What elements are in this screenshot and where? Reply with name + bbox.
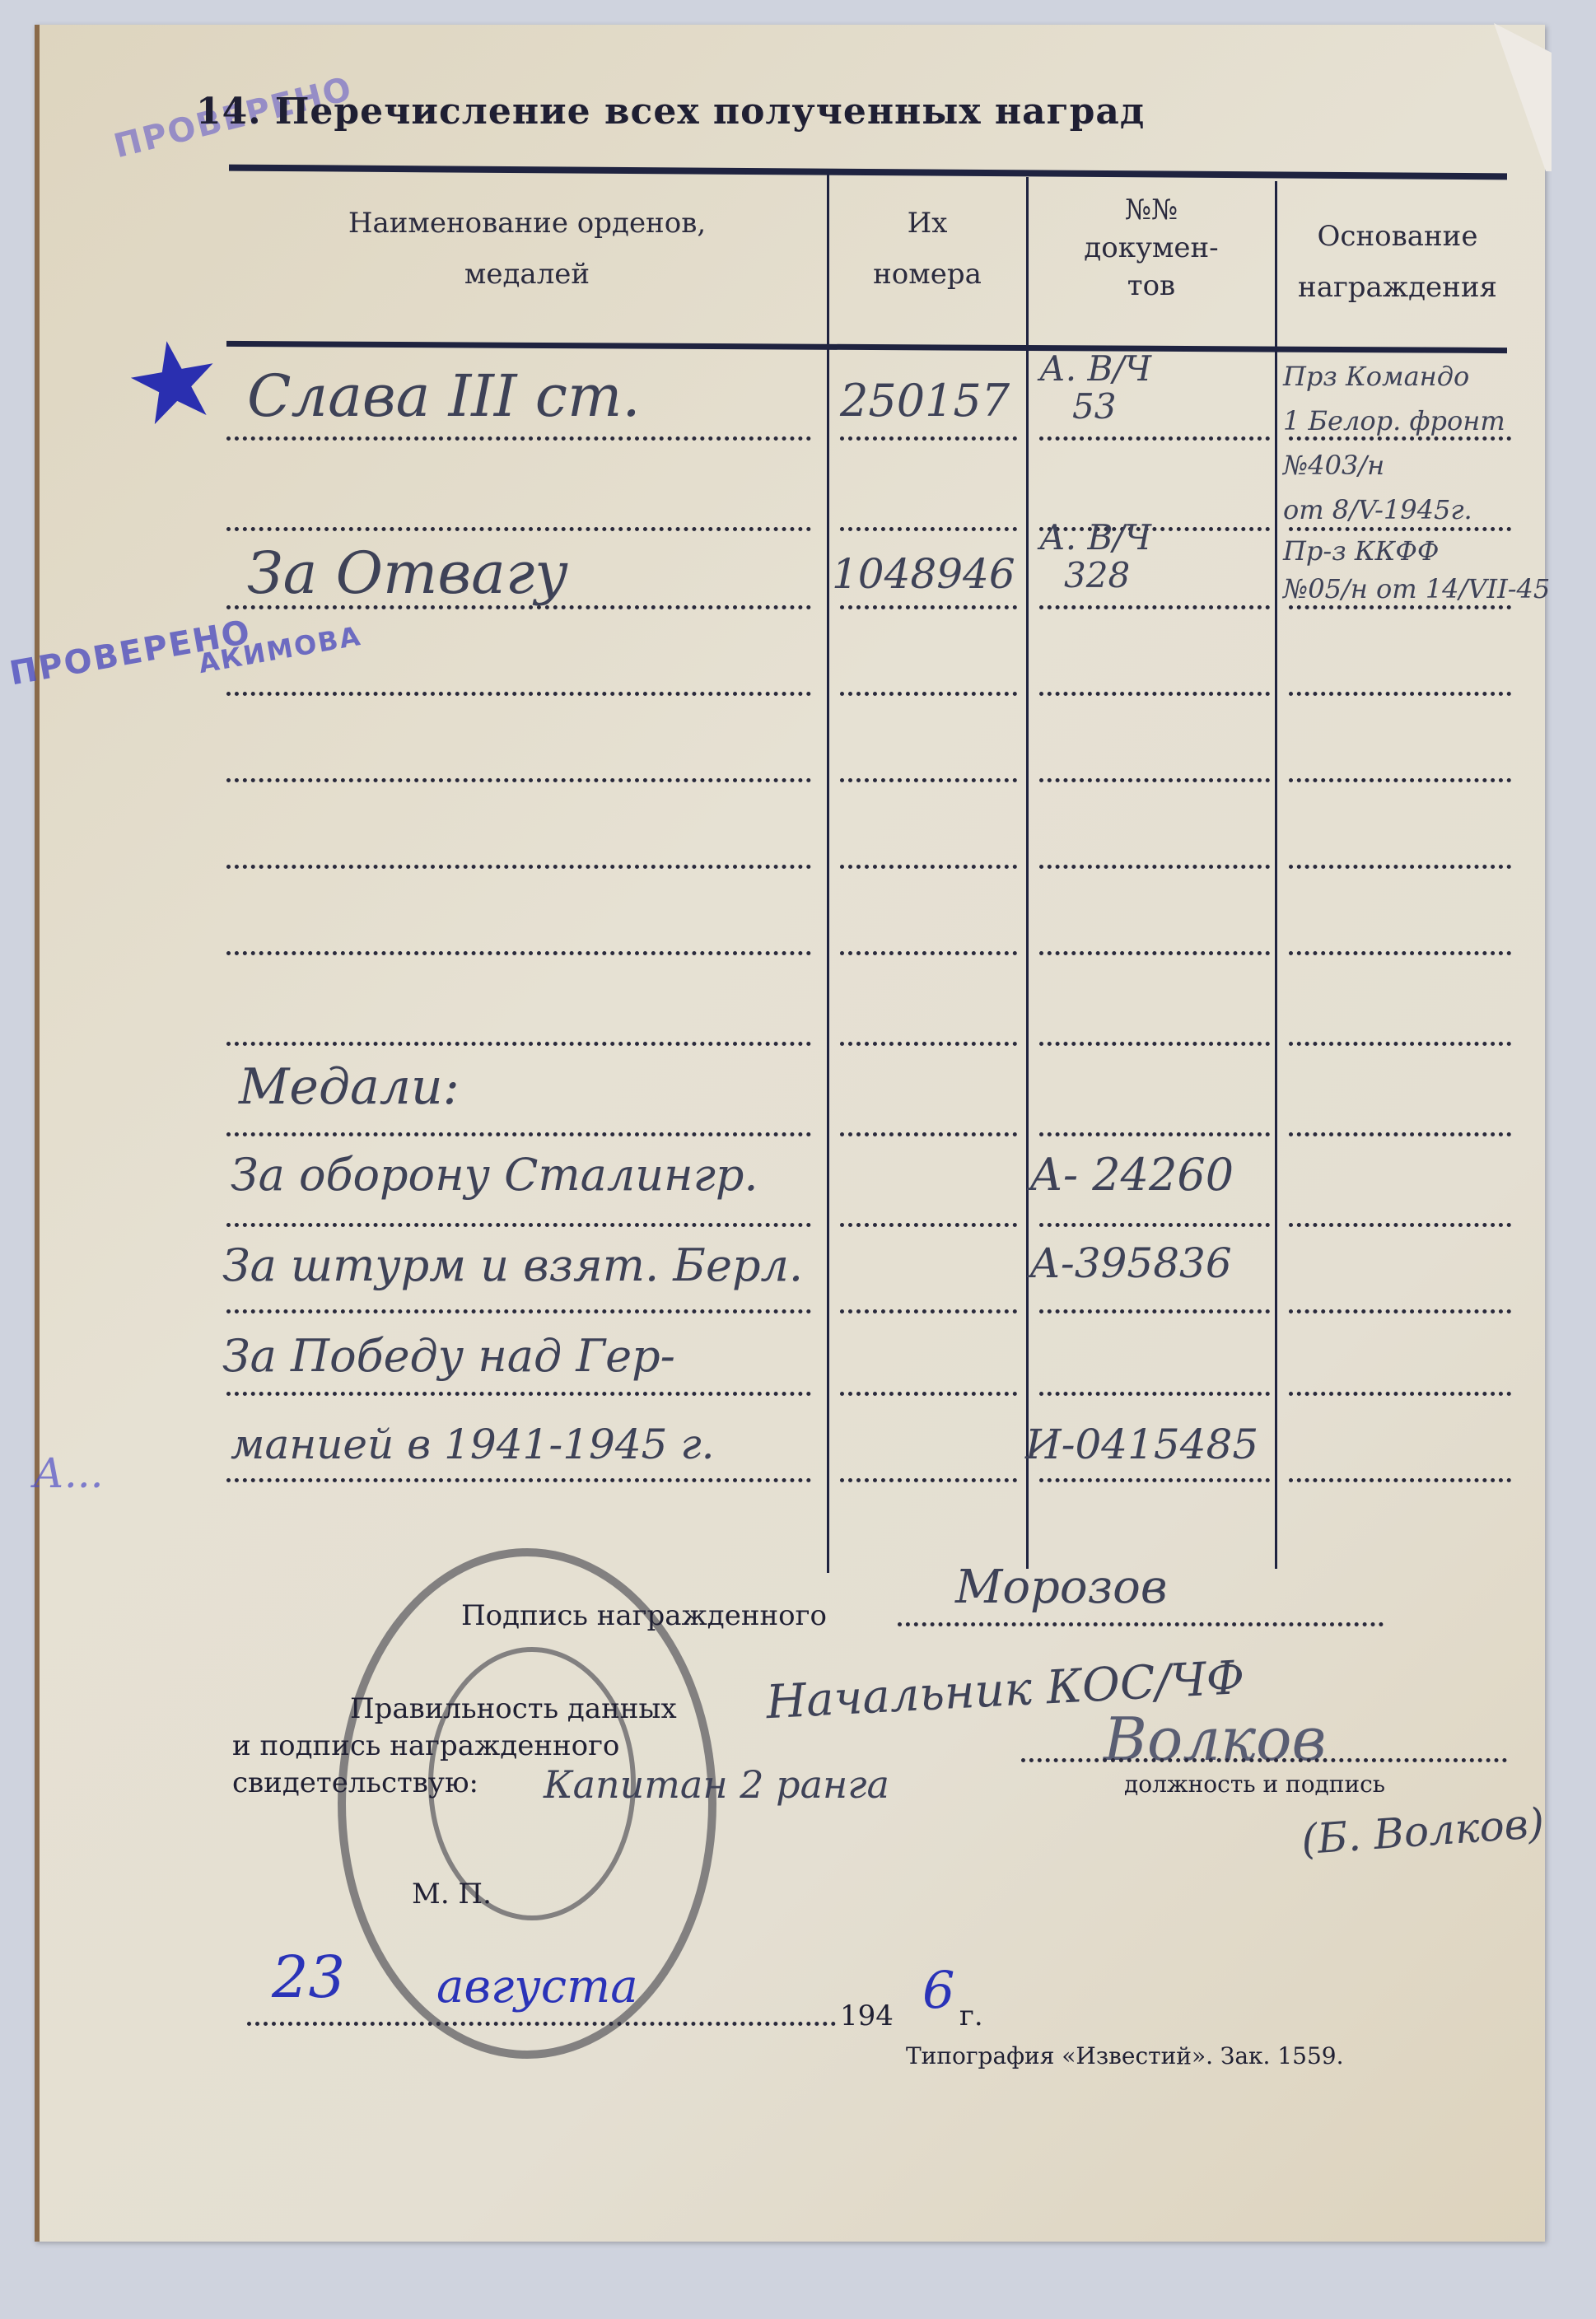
medal-berlin: За штурм и взят. Берл. bbox=[222, 1239, 803, 1291]
row-dotted-line bbox=[226, 1223, 811, 1227]
basis-line: от 8/V-1945г. bbox=[1283, 488, 1505, 532]
date-day: 23 bbox=[272, 1943, 345, 2011]
row-dotted-line bbox=[1039, 865, 1270, 869]
header-line: медалей bbox=[239, 249, 815, 300]
medal-victory-line1: За Победу над Гер- bbox=[222, 1330, 675, 1382]
section-title: 14. Перечисление всех полученных наград bbox=[196, 91, 1145, 133]
basis-line: 1 Белор. фронт bbox=[1283, 399, 1505, 443]
row-dotted-line bbox=[1039, 1223, 1270, 1227]
certify-line-2: и подпись награжденного bbox=[232, 1729, 619, 1762]
printer-line: Типография «Известий». Зак. 1559. bbox=[906, 2042, 1343, 2069]
margin-mark: А... bbox=[33, 1449, 104, 1497]
row-dotted-line bbox=[226, 951, 811, 955]
row-dotted-line bbox=[840, 778, 1017, 782]
star-icon bbox=[128, 336, 219, 427]
date-year-suffix: 6 bbox=[922, 1960, 954, 2020]
row-dotted-line bbox=[226, 1392, 811, 1396]
row-dotted-line bbox=[840, 605, 1017, 609]
row-dotted-line bbox=[1289, 1478, 1511, 1482]
certifier-rank: Капитан 2 ранга bbox=[544, 1762, 889, 1807]
doc-line: А. В/Ч bbox=[1039, 350, 1151, 388]
row-dotted-line bbox=[1039, 692, 1270, 696]
row-dotted-line bbox=[1289, 778, 1511, 782]
row-dotted-line bbox=[1289, 951, 1511, 955]
seal-label: М. П. bbox=[412, 1878, 492, 1911]
order-name-glory: Слава III ст. bbox=[247, 362, 641, 430]
row-dotted-line bbox=[1039, 1478, 1270, 1482]
row-dotted-line bbox=[840, 1478, 1017, 1482]
row-dotted-line bbox=[840, 527, 1017, 531]
row-dotted-line bbox=[226, 1132, 811, 1136]
header-line: номера bbox=[830, 249, 1024, 300]
row-dotted-line bbox=[840, 1309, 1017, 1313]
row-dotted-line bbox=[1289, 1392, 1511, 1396]
header-line: докумен- bbox=[1029, 229, 1273, 267]
doc-line: 328 bbox=[1039, 557, 1151, 595]
row-dotted-line bbox=[1039, 1309, 1270, 1313]
row-dotted-line bbox=[226, 1478, 811, 1482]
row-dotted-line bbox=[1289, 1223, 1511, 1227]
medal-victory-document: И-0415485 bbox=[1025, 1421, 1258, 1468]
order-basis-courage: Пр-з ККФФ №05/н от 14/VII-45 bbox=[1283, 532, 1550, 608]
certify-line-1: Правильность данных bbox=[350, 1692, 677, 1725]
header-line: Наименование орденов, bbox=[239, 198, 815, 249]
certifier-line bbox=[1021, 1758, 1507, 1762]
certifier-signature: Волков bbox=[1104, 1705, 1326, 1774]
certify-line-3: свидетельствую: bbox=[232, 1766, 478, 1799]
row-dotted-line bbox=[1289, 1132, 1511, 1136]
row-dotted-line bbox=[840, 1042, 1017, 1046]
row-dotted-line bbox=[226, 527, 811, 531]
row-dotted-line bbox=[226, 1309, 811, 1313]
order-document-glory: А. В/Ч 53 bbox=[1039, 350, 1151, 426]
row-dotted-line bbox=[1039, 1392, 1270, 1396]
medal-stalingrad-document: А- 24260 bbox=[1029, 1149, 1234, 1201]
column-divider-3 bbox=[1275, 181, 1277, 1569]
row-dotted-line bbox=[1039, 1042, 1270, 1046]
header-line: Их bbox=[830, 198, 1024, 249]
row-dotted-line bbox=[1039, 778, 1270, 782]
date-line bbox=[247, 2022, 836, 2026]
basis-line: №05/н от 14/VII-45 bbox=[1283, 570, 1550, 608]
column-header-award-name: Наименование орденов, медалей bbox=[239, 198, 815, 300]
row-dotted-line bbox=[1289, 865, 1511, 869]
header-line: награждения bbox=[1278, 262, 1517, 313]
column-header-basis: Основание награждения bbox=[1278, 211, 1517, 313]
position-caption: должность и подпись bbox=[1124, 1771, 1385, 1798]
row-dotted-line bbox=[840, 692, 1017, 696]
column-header-documents: №№ докумен- тов bbox=[1029, 191, 1273, 305]
column-divider-1 bbox=[827, 173, 829, 1573]
row-dotted-line bbox=[226, 1042, 811, 1046]
row-dotted-line bbox=[226, 692, 811, 696]
folded-corner bbox=[1494, 23, 1552, 171]
row-dotted-line bbox=[1289, 692, 1511, 696]
row-dotted-line bbox=[226, 436, 811, 441]
medal-victory-line2: манией в 1941-1945 г. bbox=[231, 1421, 715, 1468]
row-dotted-line bbox=[840, 1132, 1017, 1136]
order-basis-glory: Прз Командо 1 Белор. фронт №403/н от 8/V… bbox=[1283, 354, 1505, 532]
awardee-signature: Морозов bbox=[955, 1561, 1167, 1614]
row-dotted-line bbox=[1289, 1309, 1511, 1313]
medal-stalingrad: За оборону Сталингр. bbox=[231, 1149, 758, 1201]
order-document-courage: А. В/Ч 328 bbox=[1039, 519, 1151, 595]
medal-berlin-document: А-395836 bbox=[1029, 1239, 1232, 1287]
medals-heading: Медали: bbox=[239, 1058, 460, 1116]
doc-line: 53 bbox=[1039, 388, 1151, 426]
column-divider-2 bbox=[1026, 177, 1029, 1569]
row-dotted-line bbox=[1039, 1132, 1270, 1136]
header-line: Основание bbox=[1278, 211, 1517, 262]
row-dotted-line bbox=[840, 436, 1017, 441]
date-year-g: г. bbox=[959, 1999, 983, 2032]
doc-line: А. В/Ч bbox=[1039, 519, 1151, 557]
order-name-courage: За Отвагу bbox=[247, 539, 568, 607]
date-year-prefix: 194 bbox=[840, 1999, 894, 2032]
order-number-courage: 1048946 bbox=[832, 550, 1015, 598]
row-dotted-line bbox=[840, 865, 1017, 869]
order-number-glory: 250157 bbox=[840, 375, 1010, 427]
row-dotted-line bbox=[840, 1223, 1017, 1227]
row-dotted-line bbox=[840, 951, 1017, 955]
row-dotted-line bbox=[1039, 436, 1270, 441]
row-dotted-line bbox=[1289, 1042, 1511, 1046]
header-line: №№ bbox=[1029, 191, 1273, 229]
row-dotted-line bbox=[226, 865, 811, 869]
basis-line: Пр-з ККФФ bbox=[1283, 532, 1550, 570]
basis-line: №403/н bbox=[1283, 443, 1505, 488]
row-dotted-line bbox=[840, 1392, 1017, 1396]
awardee-signature-line bbox=[898, 1622, 1384, 1626]
date-month: августа bbox=[436, 1960, 638, 2013]
header-line: тов bbox=[1029, 267, 1273, 305]
row-dotted-line bbox=[226, 778, 811, 782]
column-header-numbers: Их номера bbox=[830, 198, 1024, 300]
row-dotted-line bbox=[1039, 951, 1270, 955]
row-dotted-line bbox=[1039, 605, 1270, 609]
basis-line: Прз Командо bbox=[1283, 354, 1505, 399]
awardee-signature-label: Подпись награжденного bbox=[461, 1599, 827, 1632]
